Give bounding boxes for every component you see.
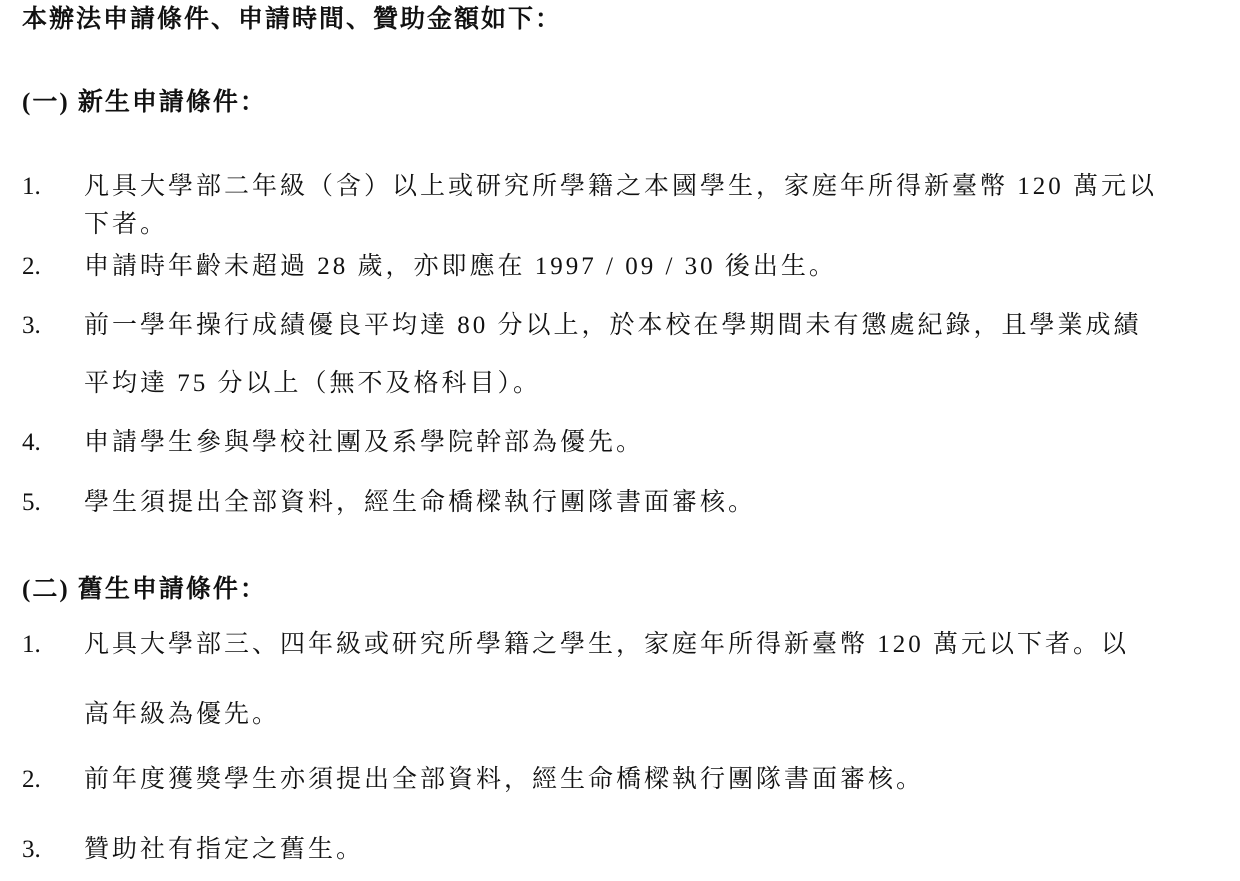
item-text-continued: 下者。 [84, 210, 168, 240]
item-text: 前一學年操行成績優良平均達 80 分以上，於本校在學期間未有懲處紀錄，且學業成績 [84, 311, 1142, 341]
item-text: 前年度獲獎學生亦須提出全部資料，經生命橋樑執行團隊書面審核。 [84, 765, 924, 795]
item-number: 1. [22, 172, 41, 202]
item-number: 1. [22, 630, 41, 660]
item-number: 4. [22, 428, 41, 458]
section-heading: (二) 舊生申請條件： [22, 575, 267, 605]
item-text: 學生須提出全部資料，經生命橋樑執行團隊書面審核。 [84, 488, 756, 518]
section-heading: (一) 新生申請條件： [22, 88, 267, 118]
item-number: 2. [22, 252, 41, 282]
item-number: 5. [22, 488, 41, 518]
item-number: 2. [22, 765, 41, 795]
item-text: 凡具大學部三、四年級或研究所學籍之學生，家庭年所得新臺幣 120 萬元以下者。以 [84, 630, 1129, 660]
item-text: 申請學生參與學校社團及系學院幹部為優先。 [84, 428, 644, 458]
document-title: 本辦法申請條件、申請時間、贊助金額如下： [22, 5, 562, 35]
item-number: 3. [22, 311, 41, 341]
item-text: 凡具大學部二年級（含）以上或研究所學籍之本國學生，家庭年所得新臺幣 120 萬元… [84, 172, 1157, 202]
item-text-continued: 高年級為優先。 [84, 700, 280, 730]
item-text: 贊助社有指定之舊生。 [84, 835, 364, 865]
item-text-continued: 平均達 75 分以上（無不及格科目）。 [84, 369, 541, 399]
item-text: 申請時年齡未超過 28 歲，亦即應在 1997 / 09 / 30 後出生。 [84, 252, 837, 282]
item-number: 3. [22, 835, 41, 865]
